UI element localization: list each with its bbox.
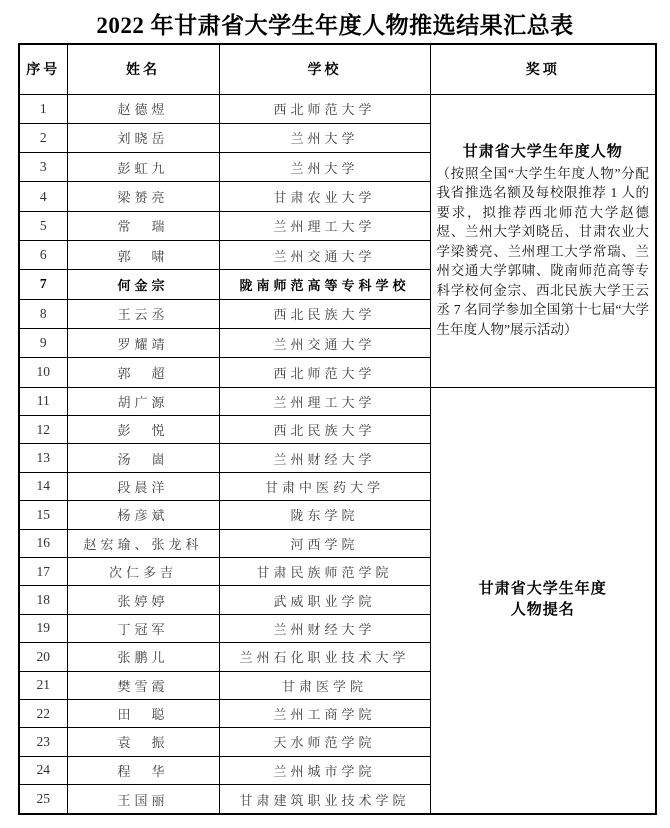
school-cell: 陇东学院 — [219, 501, 430, 529]
page-title: 2022 年甘肃省大学生年度人物推选结果汇总表 — [0, 7, 670, 40]
index-cell: 13 — [19, 444, 67, 472]
school-cell: 兰州交通大学 — [219, 328, 430, 357]
index-cell: 12 — [19, 416, 67, 444]
name-cell: 何金宗 — [67, 270, 219, 299]
school-cell: 西北师范大学 — [219, 358, 430, 387]
school-cell: 兰州大学 — [219, 123, 430, 152]
header-cell-award: 奖项 — [430, 44, 656, 94]
index-cell: 17 — [19, 557, 67, 585]
index-cell: 18 — [19, 586, 67, 614]
name-cell: 刘晓岳 — [67, 123, 219, 152]
index-cell: 19 — [19, 614, 67, 642]
name-cell: 杨彦斌 — [67, 501, 219, 529]
index-cell: 20 — [19, 643, 67, 671]
document-page: 2022 年甘肃省大学生年度人物推选结果汇总表 序号 姓名 学校 奖项 1赵德煜… — [0, 0, 670, 828]
school-cell: 西北民族大学 — [219, 299, 430, 328]
name-cell: 丁冠军 — [67, 614, 219, 642]
name-cell: 彭 悦 — [67, 416, 219, 444]
index-cell: 24 — [19, 756, 67, 784]
award-cell: 甘肃省大学生年度人物（按照全国“大学生年度人物”分配我省推选名额及每校限推荐 1… — [430, 94, 656, 387]
name-cell: 张鹏儿 — [67, 643, 219, 671]
school-cell: 甘肃医学院 — [219, 671, 430, 699]
school-cell: 兰州城市学院 — [219, 756, 430, 784]
index-cell: 21 — [19, 671, 67, 699]
name-cell: 程 华 — [67, 756, 219, 784]
table-row: 11胡广源兰州理工大学甘肃省大学生年度 人物提名 — [19, 387, 656, 415]
index-cell: 2 — [19, 123, 67, 152]
index-cell: 15 — [19, 501, 67, 529]
results-table: 序号 姓名 学校 奖项 1赵德煜西北师范大学甘肃省大学生年度人物（按照全国“大学… — [18, 43, 657, 815]
header-cell-name: 姓名 — [67, 44, 219, 94]
school-cell: 兰州工商学院 — [219, 699, 430, 727]
name-cell: 樊雪霞 — [67, 671, 219, 699]
school-cell: 陇南师范高等专科学校 — [219, 270, 430, 299]
index-cell: 7 — [19, 270, 67, 299]
index-cell: 25 — [19, 785, 67, 814]
school-cell: 西北师范大学 — [219, 94, 430, 123]
name-cell: 梁赟亮 — [67, 182, 219, 211]
index-cell: 5 — [19, 211, 67, 240]
school-cell: 甘肃建筑职业技术学院 — [219, 785, 430, 814]
school-cell: 兰州理工大学 — [219, 211, 430, 240]
name-cell: 胡广源 — [67, 387, 219, 415]
index-cell: 6 — [19, 240, 67, 269]
name-cell: 郭 啸 — [67, 240, 219, 269]
index-cell: 23 — [19, 728, 67, 756]
name-cell: 彭虹九 — [67, 153, 219, 182]
index-cell: 9 — [19, 328, 67, 357]
school-cell: 天水师范学院 — [219, 728, 430, 756]
index-cell: 1 — [19, 94, 67, 123]
name-cell: 田 聪 — [67, 699, 219, 727]
name-cell: 段晨洋 — [67, 472, 219, 500]
school-cell: 甘肃中医药大学 — [219, 472, 430, 500]
name-cell: 罗耀靖 — [67, 328, 219, 357]
school-cell: 兰州大学 — [219, 153, 430, 182]
index-cell: 22 — [19, 699, 67, 727]
table-row: 1赵德煜西北师范大学甘肃省大学生年度人物（按照全国“大学生年度人物”分配我省推选… — [19, 94, 656, 123]
index-cell: 16 — [19, 529, 67, 557]
school-cell: 甘肃农业大学 — [219, 182, 430, 211]
school-cell: 武威职业学院 — [219, 586, 430, 614]
index-cell: 14 — [19, 472, 67, 500]
name-cell: 郭 超 — [67, 358, 219, 387]
school-cell: 兰州交通大学 — [219, 240, 430, 269]
award-description: （按照全国“大学生年度人物”分配我省推选名额及每校限推荐 1 人的要求，拟推荐西… — [437, 164, 650, 340]
name-cell: 次仁多吉 — [67, 557, 219, 585]
school-cell: 河西学院 — [219, 529, 430, 557]
school-cell: 兰州财经大学 — [219, 614, 430, 642]
school-cell: 兰州石化职业技术大学 — [219, 643, 430, 671]
header-row: 序号 姓名 学校 奖项 — [19, 44, 656, 94]
name-cell: 王国丽 — [67, 785, 219, 814]
school-cell: 西北民族大学 — [219, 416, 430, 444]
index-cell: 10 — [19, 358, 67, 387]
school-cell: 兰州财经大学 — [219, 444, 430, 472]
name-cell: 赵德煜 — [67, 94, 219, 123]
header-cell-school: 学校 — [219, 44, 430, 94]
name-cell: 赵宏瑜、张龙科 — [67, 529, 219, 557]
name-cell: 张婷婷 — [67, 586, 219, 614]
school-cell: 甘肃民族师范学院 — [219, 557, 430, 585]
award-title: 甘肃省大学生年度 人物提名 — [437, 579, 650, 621]
name-cell: 王云丞 — [67, 299, 219, 328]
index-cell: 8 — [19, 299, 67, 328]
name-cell: 袁 振 — [67, 728, 219, 756]
index-cell: 3 — [19, 153, 67, 182]
award-title: 甘肃省大学生年度人物 — [437, 142, 650, 163]
school-cell: 兰州理工大学 — [219, 387, 430, 415]
header-cell-index: 序号 — [19, 44, 67, 94]
name-cell: 常 瑞 — [67, 211, 219, 240]
award-cell: 甘肃省大学生年度 人物提名 — [430, 387, 656, 814]
index-cell: 4 — [19, 182, 67, 211]
index-cell: 11 — [19, 387, 67, 415]
name-cell: 汤 崮 — [67, 444, 219, 472]
